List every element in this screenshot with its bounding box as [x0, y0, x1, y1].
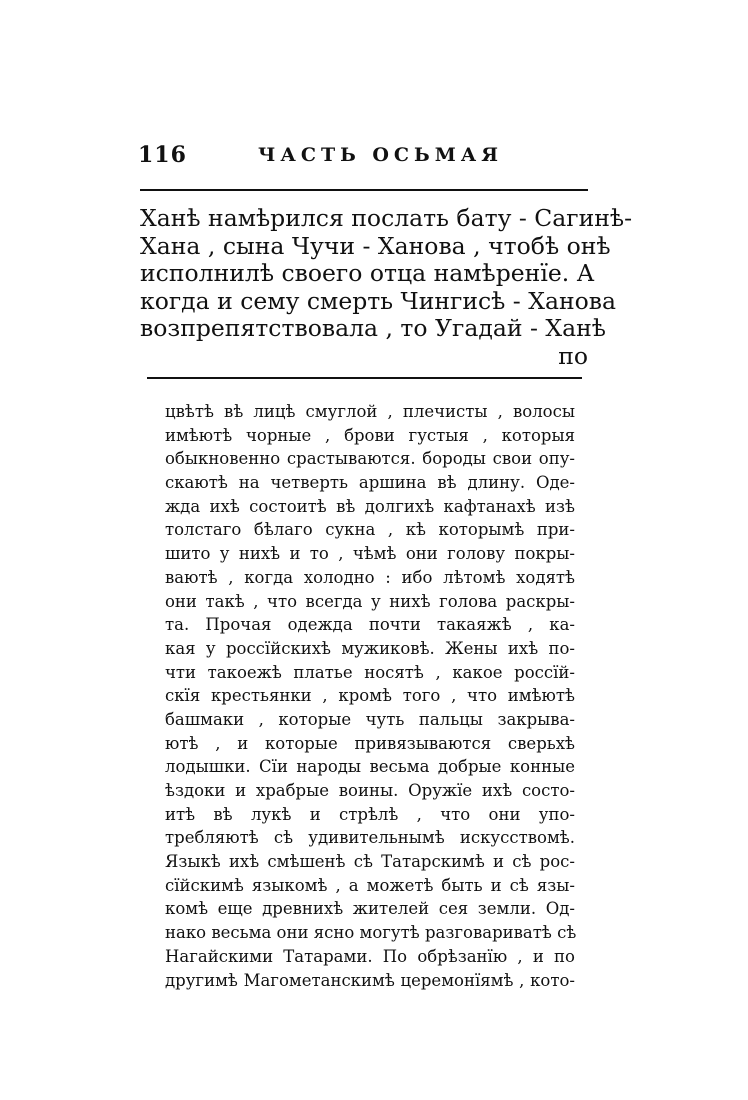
footnote-line: имѣютѣ чорные , брови густыя , которыя [165, 424, 575, 448]
footnote-line: обыкновенно срастываются. бороды свои оп… [165, 447, 575, 471]
footnote: цвѣтѣ вѣ лицѣ смуглой , плечисты , волос… [165, 400, 575, 992]
footnote-line: чти такоежѣ платье носятѣ , какое россїй… [165, 661, 575, 685]
header-rule [140, 189, 588, 191]
page-number: 116 [138, 142, 187, 168]
footnote-line: башмаки , которые чуть пальцы закрыва- [165, 708, 575, 732]
footnote-line: ютѣ , и которые привязываются сверьхѣ [165, 732, 575, 756]
book-page: 116 ЧАСТЬ ОСЬМАЯ Ханѣ намѣрился послать … [0, 0, 748, 1100]
text-line: возпрепятствовала , то Угадай - Ханѣ [140, 315, 588, 343]
text-line: исполнилѣ своего отца намѣренїе. А [140, 260, 588, 288]
footnote-line: жда ихѣ состоитѣ вѣ долгихѣ кафтанахѣ из… [165, 495, 575, 519]
footnote-line: та. Прочая одежда почти такаяжѣ , ка- [165, 613, 575, 637]
footnote-line: сїйскимѣ языкомѣ , а можетѣ быть и сѣ яз… [165, 874, 575, 898]
footnote-line: ваютѣ , когда холодно : ибо лѣтомѣ ходят… [165, 566, 575, 590]
text-line: Хана , сына Чучи - Ханова , чтобѣ онѣ [140, 233, 588, 261]
footnote-line: комѣ еще древнихѣ жителей сея земли. Од- [165, 897, 575, 921]
running-title: ЧАСТЬ ОСЬМАЯ [258, 144, 503, 166]
running-head: 116 ЧАСТЬ ОСЬМАЯ [138, 142, 618, 170]
footnote-line: они такѣ , что всегда у нихѣ голова раск… [165, 590, 575, 614]
main-text: Ханѣ намѣрился послать бату - Сагинѣ- Ха… [140, 205, 588, 370]
text-line: Ханѣ намѣрился послать бату - Сагинѣ- [140, 205, 588, 233]
footnote-line: скїя крестьянки , кромѣ того , что имѣют… [165, 684, 575, 708]
footnote-line: шито у нихѣ и то , чѣмѣ они голову покры… [165, 542, 575, 566]
footnote-line: итѣ вѣ лукѣ и стрѣлѣ , что они упо- [165, 803, 575, 827]
footnote-separator [147, 377, 582, 379]
footnote-line: нако весьма они ясно могутѣ разговариват… [165, 921, 575, 945]
footnote-line: скаютѣ на четверть аршина вѣ длину. Оде- [165, 471, 575, 495]
footnote-line: лодышки. Сїи народы весьма добрые конные [165, 755, 575, 779]
footnote-line: Нагайскими Татарами. По обрѣзанїю , и по [165, 945, 575, 969]
footnote-line: ѣздоки и храбрые воины. Оружїе ихѣ состо… [165, 779, 575, 803]
footnote-line: Языкѣ ихѣ смѣшенѣ сѣ Татарскимѣ и сѣ рос… [165, 850, 575, 874]
footnote-line: цвѣтѣ вѣ лицѣ смуглой , плечисты , волос… [165, 400, 575, 424]
footnote-line: толстаго бѣлаго сукна , кѣ которымѣ при- [165, 518, 575, 542]
footnote-line: другимѣ Магометанскимѣ церемонїямѣ , кот… [165, 969, 575, 993]
footnote-line: кая у россїйскихѣ мужиковѣ. Жены ихѣ по- [165, 637, 575, 661]
footnote-line: требляютѣ сѣ удивительнымѣ искусствомѣ. [165, 826, 575, 850]
catchword: по [140, 343, 588, 371]
text-line: когда и сему смерть Чингисѣ - Ханова [140, 288, 588, 316]
